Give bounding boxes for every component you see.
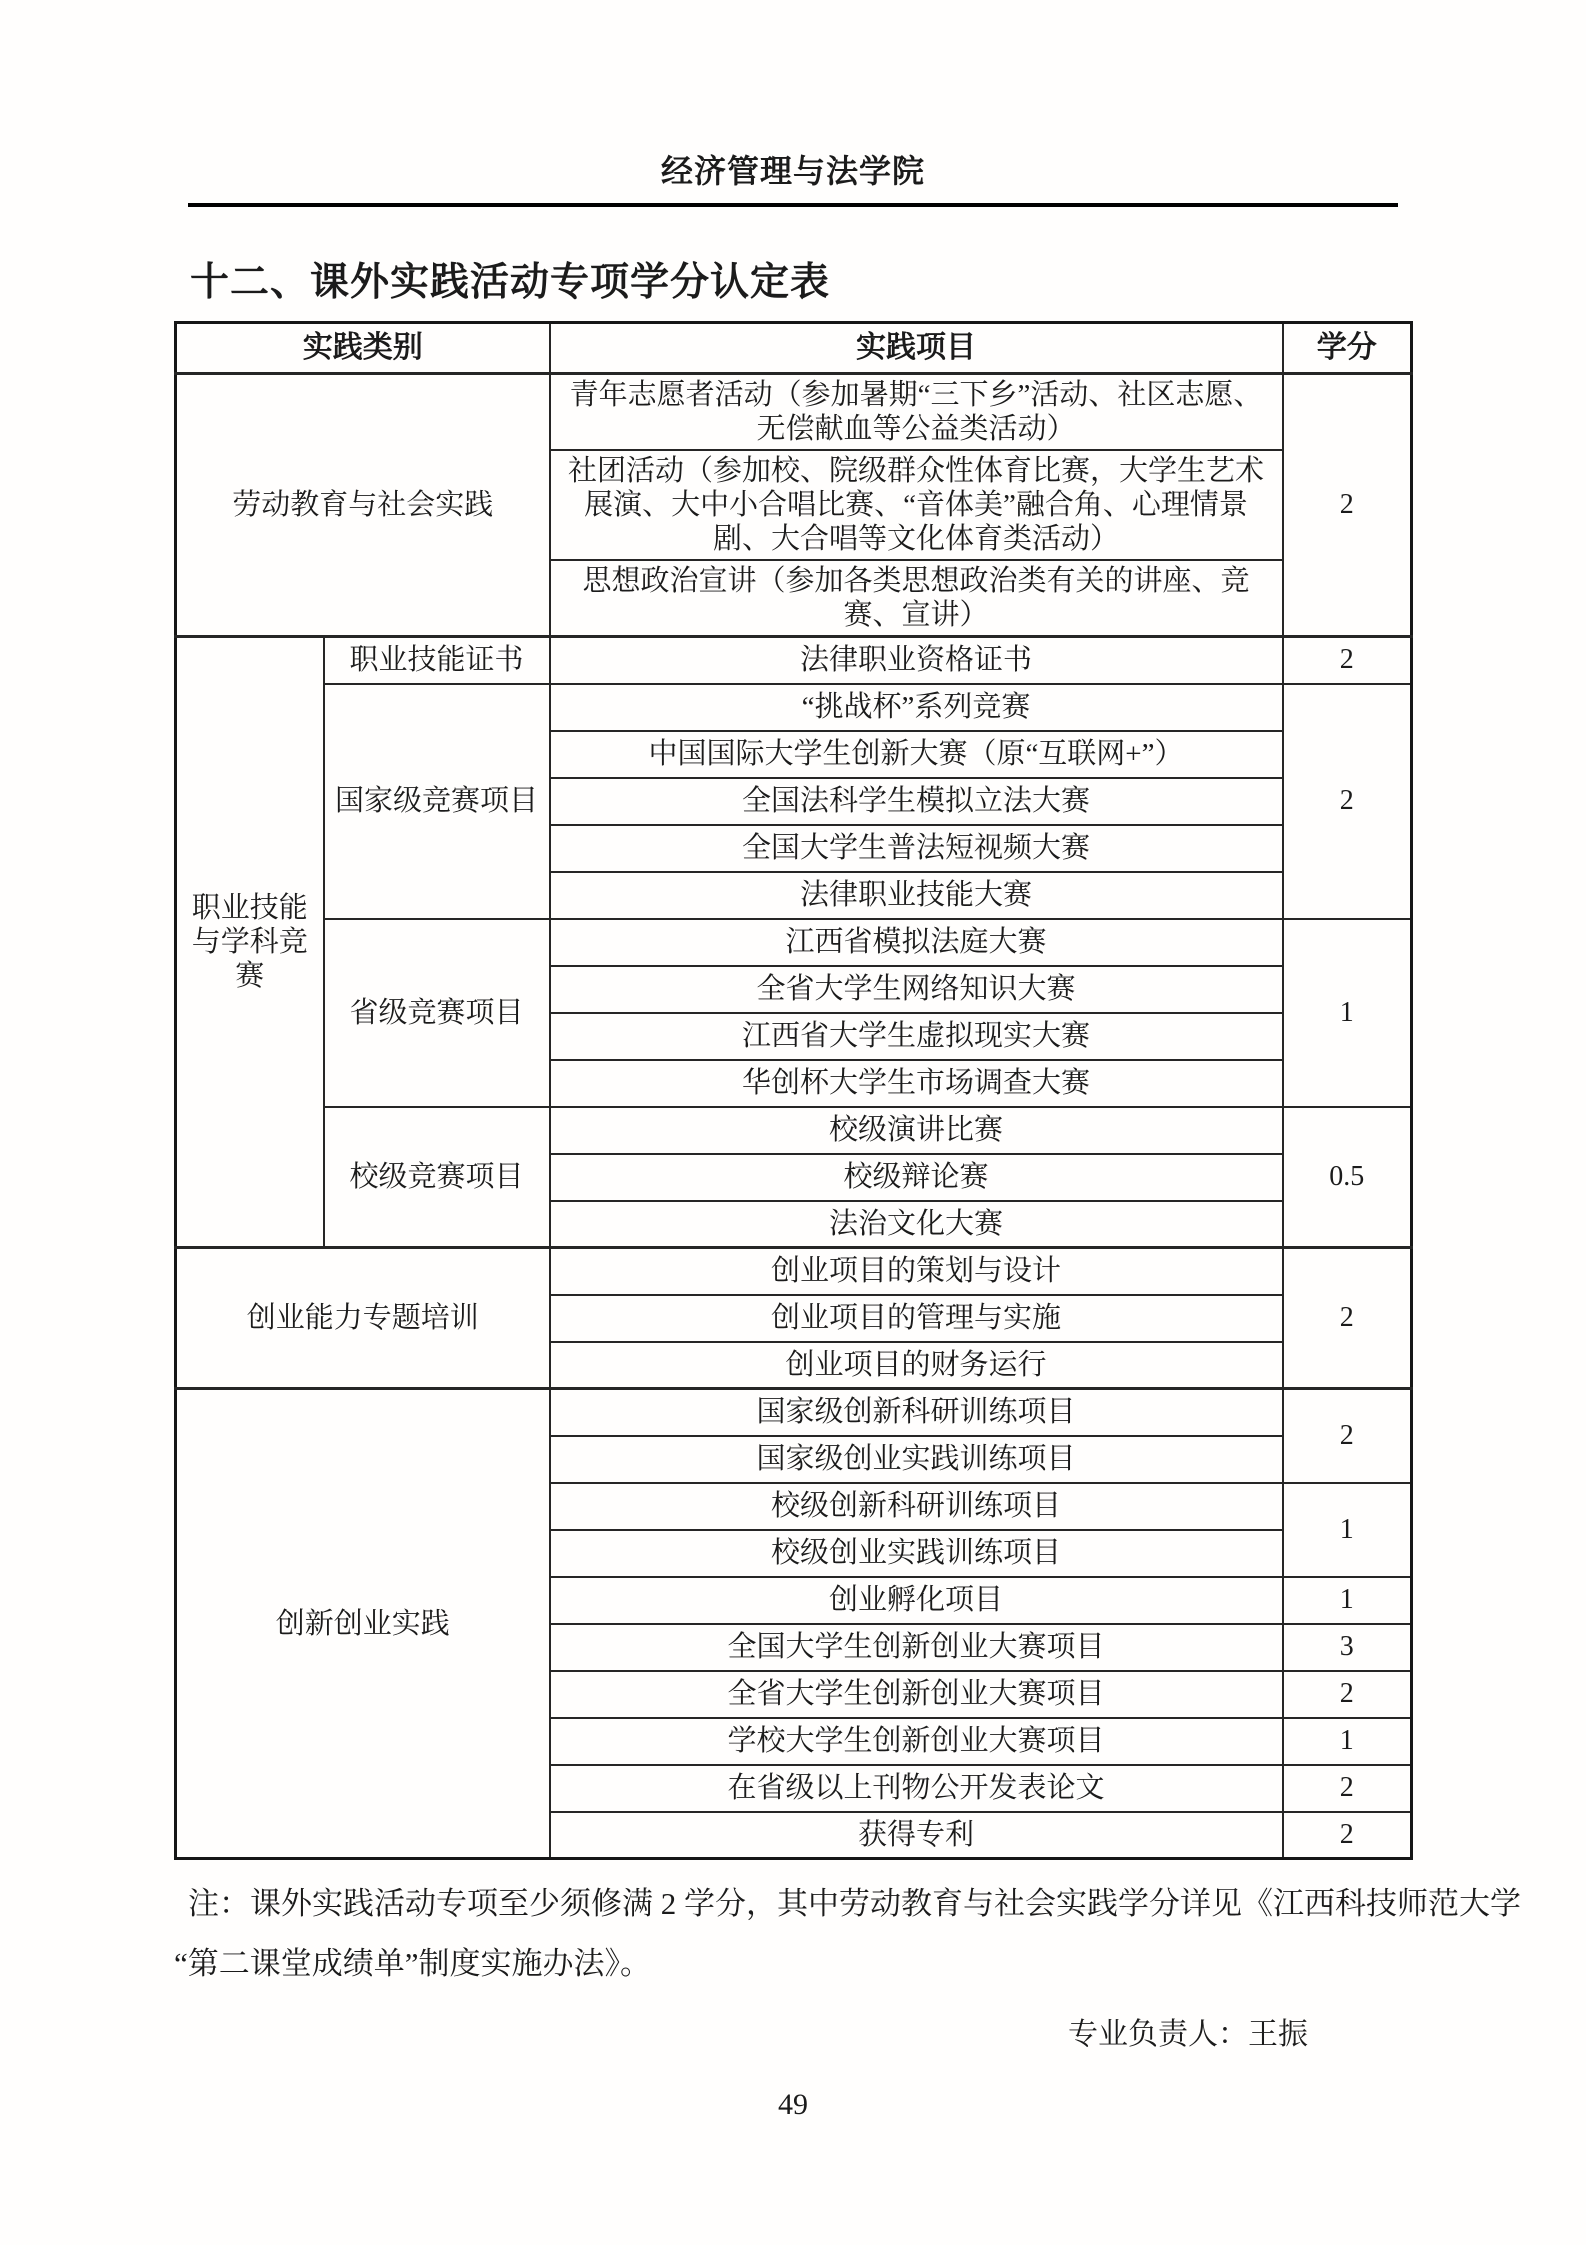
credit-cell: 2 [1283, 637, 1412, 684]
project-cell: 青年志愿者活动（参加暑期“三下乡”活动、社区志愿、无偿献血等公益类活动） [550, 374, 1283, 451]
project-cell: 学校大学生创新创业大赛项目 [550, 1718, 1283, 1765]
credit-cell: 2 [1283, 1765, 1412, 1812]
project-cell: 法律职业技能大赛 [550, 872, 1283, 919]
col-header-project: 实践项目 [550, 323, 1283, 374]
project-cell: 中国国际大学生创新大赛（原“互联网+”） [550, 731, 1283, 778]
project-cell: 创业项目的财务运行 [550, 1342, 1283, 1389]
category-cell: 劳动教育与社会实践 [176, 374, 550, 637]
project-cell: 全国大学生普法短视频大赛 [550, 825, 1283, 872]
table-row: 劳动教育与社会实践 青年志愿者活动（参加暑期“三下乡”活动、社区志愿、无偿献血等… [176, 374, 1412, 451]
project-cell: 校级辩论赛 [550, 1154, 1283, 1201]
document-header-title: 经济管理与法学院 [0, 0, 1586, 192]
project-cell: 全省大学生网络知识大赛 [550, 966, 1283, 1013]
table-row: 国家级竞赛项目 “挑战杯”系列竞赛 2 [176, 684, 1412, 731]
project-cell: 校级创新科研训练项目 [550, 1483, 1283, 1530]
subcategory-cell: 省级竞赛项目 [324, 919, 550, 1107]
project-cell: 思想政治宣讲（参加各类思想政治类有关的讲座、竞赛、宣讲） [550, 560, 1283, 637]
credit-cell: 2 [1283, 1248, 1412, 1389]
project-cell: 社团活动（参加校、院级群众性体育比赛，大学生艺术展演、大中小合唱比赛、“音体美”… [550, 450, 1283, 560]
table-row: 职业技能与学科竞赛 职业技能证书 法律职业资格证书 2 [176, 637, 1412, 684]
credit-table: 实践类别 实践项目 学分 劳动教育与社会实践 青年志愿者活动（参加暑期“三下乡”… [174, 321, 1413, 1860]
credit-cell: 2 [1283, 1389, 1412, 1483]
project-cell: 创业项目的策划与设计 [550, 1248, 1283, 1295]
credit-cell: 2 [1283, 684, 1412, 919]
project-cell: 全省大学生创新创业大赛项目 [550, 1671, 1283, 1718]
header-rule [188, 203, 1398, 207]
section-title: 十二、课外实践活动专项学分认定表 [190, 251, 1586, 307]
project-cell: 国家级创新科研训练项目 [550, 1389, 1283, 1436]
credit-cell: 0.5 [1283, 1107, 1412, 1248]
category-cell: 职业技能与学科竞赛 [176, 637, 324, 1248]
project-cell: 创业孵化项目 [550, 1577, 1283, 1624]
document-page: 经济管理与法学院 十二、课外实践活动专项学分认定表 实践类别 实践项目 学分 劳… [0, 0, 1586, 2245]
credit-cell: 2 [1283, 1812, 1412, 1859]
project-cell: 华创杯大学生市场调查大赛 [550, 1060, 1283, 1107]
credit-cell: 2 [1283, 374, 1412, 637]
project-cell: 全国大学生创新创业大赛项目 [550, 1624, 1283, 1671]
project-cell: 法律职业资格证书 [550, 637, 1283, 684]
project-cell: 创业项目的管理与实施 [550, 1295, 1283, 1342]
table-row: 创业能力专题培训 创业项目的策划与设计 2 [176, 1248, 1412, 1295]
note-line-1: 注：课外实践活动专项至少须修满 2 学分，其中劳动教育与社会实践学分详见《江西科… [188, 1885, 1418, 1923]
table-row: 创新创业实践 国家级创新科研训练项目 2 [176, 1389, 1412, 1436]
subcategory-cell: 职业技能证书 [324, 637, 550, 684]
signature: 专业负责人：王振 [0, 2009, 1308, 2053]
project-cell: 获得专利 [550, 1812, 1283, 1859]
project-cell: 校级演讲比赛 [550, 1107, 1283, 1154]
col-header-credit: 学分 [1283, 323, 1412, 374]
project-cell: 法治文化大赛 [550, 1201, 1283, 1248]
project-cell: 江西省模拟法庭大赛 [550, 919, 1283, 966]
credit-cell: 1 [1283, 1577, 1412, 1624]
project-cell: 全国法科学生模拟立法大赛 [550, 778, 1283, 825]
project-cell: 在省级以上刊物公开发表论文 [550, 1765, 1283, 1812]
credit-cell: 2 [1283, 1671, 1412, 1718]
project-cell: “挑战杯”系列竞赛 [550, 684, 1283, 731]
subcategory-cell: 校级竞赛项目 [324, 1107, 550, 1248]
credit-cell: 1 [1283, 1483, 1412, 1577]
project-cell: 国家级创业实践训练项目 [550, 1436, 1283, 1483]
note-line-2: “第二课堂成绩单”制度实施办法》。 [174, 1945, 1586, 1983]
category-cell: 创新创业实践 [176, 1389, 550, 1859]
project-cell: 校级创业实践训练项目 [550, 1530, 1283, 1577]
credit-cell: 3 [1283, 1624, 1412, 1671]
col-header-category: 实践类别 [176, 323, 550, 374]
subcategory-cell: 国家级竞赛项目 [324, 684, 550, 919]
table-row: 省级竞赛项目 江西省模拟法庭大赛 1 [176, 919, 1412, 966]
category-cell: 创业能力专题培训 [176, 1248, 550, 1389]
table-header-row: 实践类别 实践项目 学分 [176, 323, 1412, 374]
table-row: 校级竞赛项目 校级演讲比赛 0.5 [176, 1107, 1412, 1154]
credit-cell: 1 [1283, 919, 1412, 1107]
page-number: 49 [0, 2088, 1586, 2122]
credit-cell: 1 [1283, 1718, 1412, 1765]
project-cell: 江西省大学生虚拟现实大赛 [550, 1013, 1283, 1060]
